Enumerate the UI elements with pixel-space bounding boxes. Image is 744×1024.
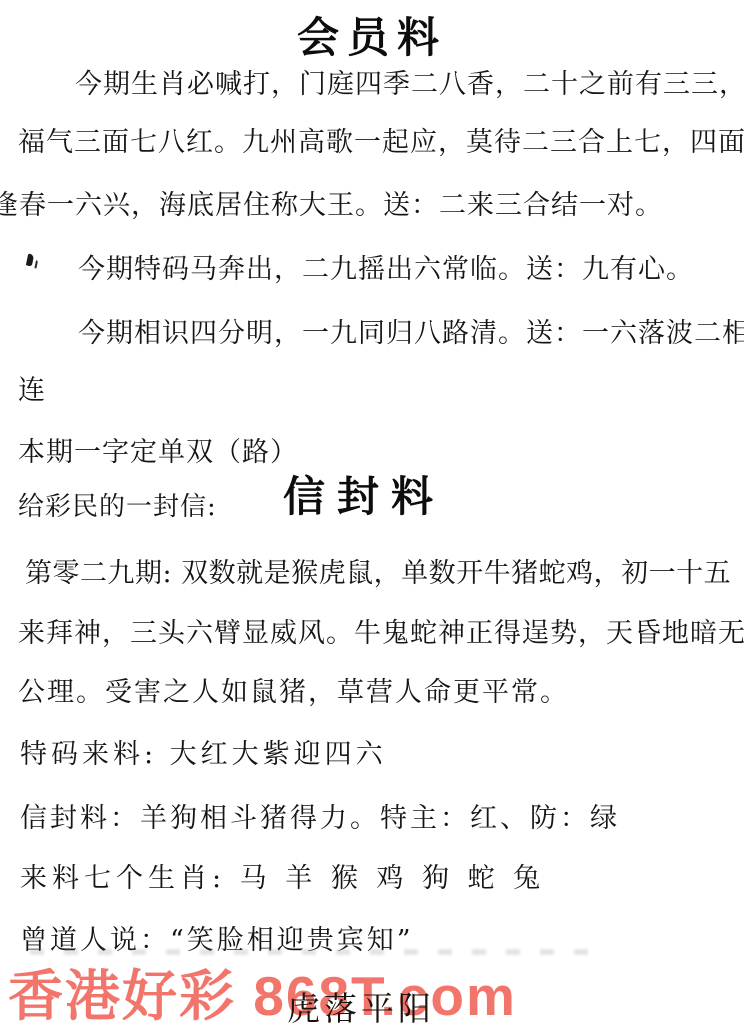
letter-intro-line: 给彩民的一封信: [18, 486, 217, 523]
envelope-section-heading: 信封料 [283, 464, 445, 524]
envelope-paragraph1-line3: 公理。受害之人如鼠猪，草营人命更平常。 [18, 670, 569, 709]
zodiac-list-line: 来料七个生肖: 马 羊 猴 鸡 狗 蛇 兔 [20, 856, 545, 895]
handwritten-overlay-text: 虎落平阳 [287, 983, 435, 1024]
member-paragraph1-line2: 福气三面七八红。九州高歌一起应，莫待二三合上七，四面 [18, 120, 744, 159]
member-paragraph3-line1: 今期相识四分明，一九同归八路清。送：一六落波二相 [78, 311, 744, 350]
scanned-lottery-tip-sheet: 会员料 今期生肖必喊打，门庭四季二八香，二十之前有三三， 福气三面七八红。九州高… [0, 0, 744, 1024]
member-paragraph1-line3: 逢春一六兴，海底居住称大王。送：二来三合结一对。 [0, 183, 663, 222]
member-paragraph1-line1: 今期生肖必喊打，门庭四季二八香，二十之前有三三， [75, 62, 744, 101]
special-code-line: 特码来料: 大红大紫迎四六 [20, 732, 387, 771]
envelope-paragraph1-line2: 来拜神，三头六臂显威风。牛鬼蛇神正得逞势，天昏地暗无 [18, 611, 744, 650]
brand-watermark: 香港好彩 868T.com [8, 952, 517, 1024]
member-section-heading: 会员料 [0, 5, 744, 65]
ink-smudge-artifact [25, 252, 41, 272]
member-paragraph3-line2: 连 [18, 368, 46, 407]
envelope-paragraph1-line1: 第零二九期: 双数就是猴虎鼠，单数开牛猪蛇鸡，初一十五 [25, 551, 731, 590]
single-double-line: 本期一字定单双（路） [18, 430, 298, 469]
member-paragraph2: 今期特码马奔出，二九摇出六常临。送：九有心。 [78, 247, 694, 286]
envelope-tip-line: 信封料：羊狗相斗猪得力。特主：红、防：绿 [20, 796, 620, 835]
